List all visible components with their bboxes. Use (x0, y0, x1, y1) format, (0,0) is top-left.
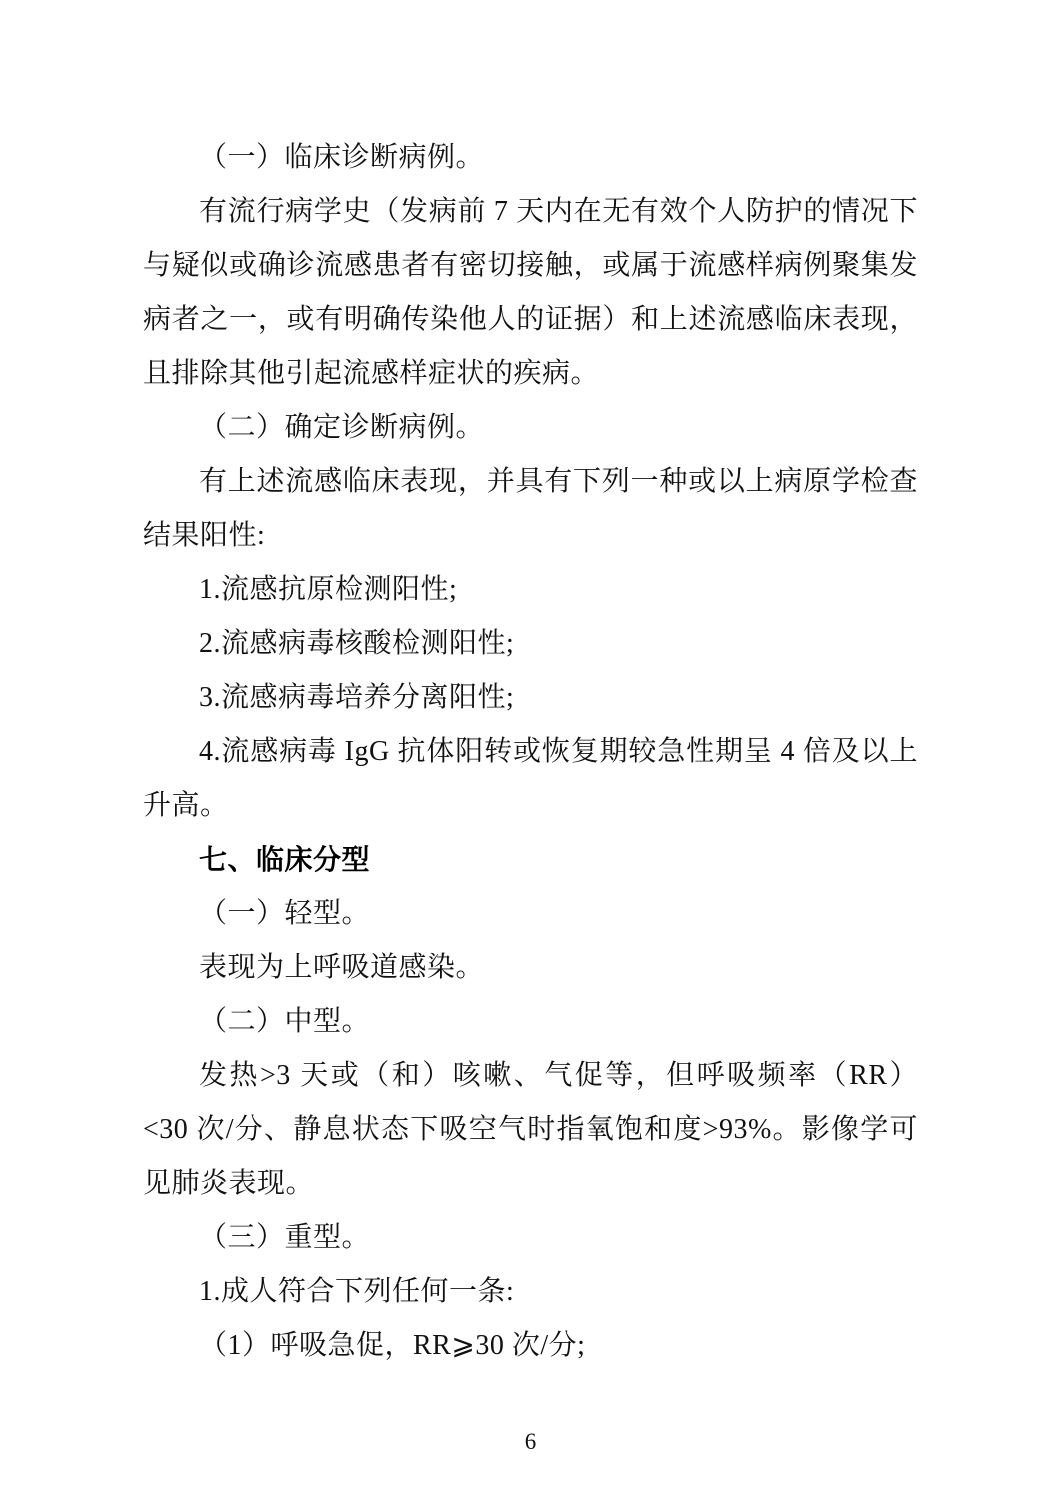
page-footer: 6 (0, 1428, 1061, 1456)
paragraph: 1.流感抗原检测阳性; (143, 563, 918, 617)
paragraph: （一）临床诊断病例。 (143, 131, 918, 185)
paragraph: （1）呼吸急促，RR⩾30 次/分; (143, 1319, 918, 1373)
paragraph: 4.流感病毒 IgG 抗体阳转或恢复期较急性期呈 4 倍及以上升高。 (143, 725, 918, 833)
paragraph: 有流行病学史（发病前 7 天内在无有效个人防护的情况下与疑似或确诊流感患者有密切… (143, 185, 918, 401)
document-page: （一）临床诊断病例。有流行病学史（发病前 7 天内在无有效个人防护的情况下与疑似… (0, 0, 1061, 1500)
paragraph: 2.流感病毒核酸检测阳性; (143, 617, 918, 671)
paragraph: （一）轻型。 (143, 887, 918, 941)
paragraph: 表现为上呼吸道感染。 (143, 941, 918, 995)
section-heading: 七、临床分型 (143, 833, 918, 887)
paragraph: 发热>3 天或（和）咳嗽、气促等，但呼吸频率（RR）<30 次/分、静息状态下吸… (143, 1049, 918, 1211)
paragraph: （二）中型。 (143, 995, 918, 1049)
paragraph: （三）重型。 (143, 1211, 918, 1265)
page-number: 6 (525, 1429, 537, 1454)
document-body: （一）临床诊断病例。有流行病学史（发病前 7 天内在无有效个人防护的情况下与疑似… (143, 131, 918, 1373)
paragraph: 有上述流感临床表现，并具有下列一种或以上病原学检查结果阳性: (143, 455, 918, 563)
paragraph: 3.流感病毒培养分离阳性; (143, 671, 918, 725)
paragraph: （二）确定诊断病例。 (143, 401, 918, 455)
paragraph: 1.成人符合下列任何一条: (143, 1265, 918, 1319)
